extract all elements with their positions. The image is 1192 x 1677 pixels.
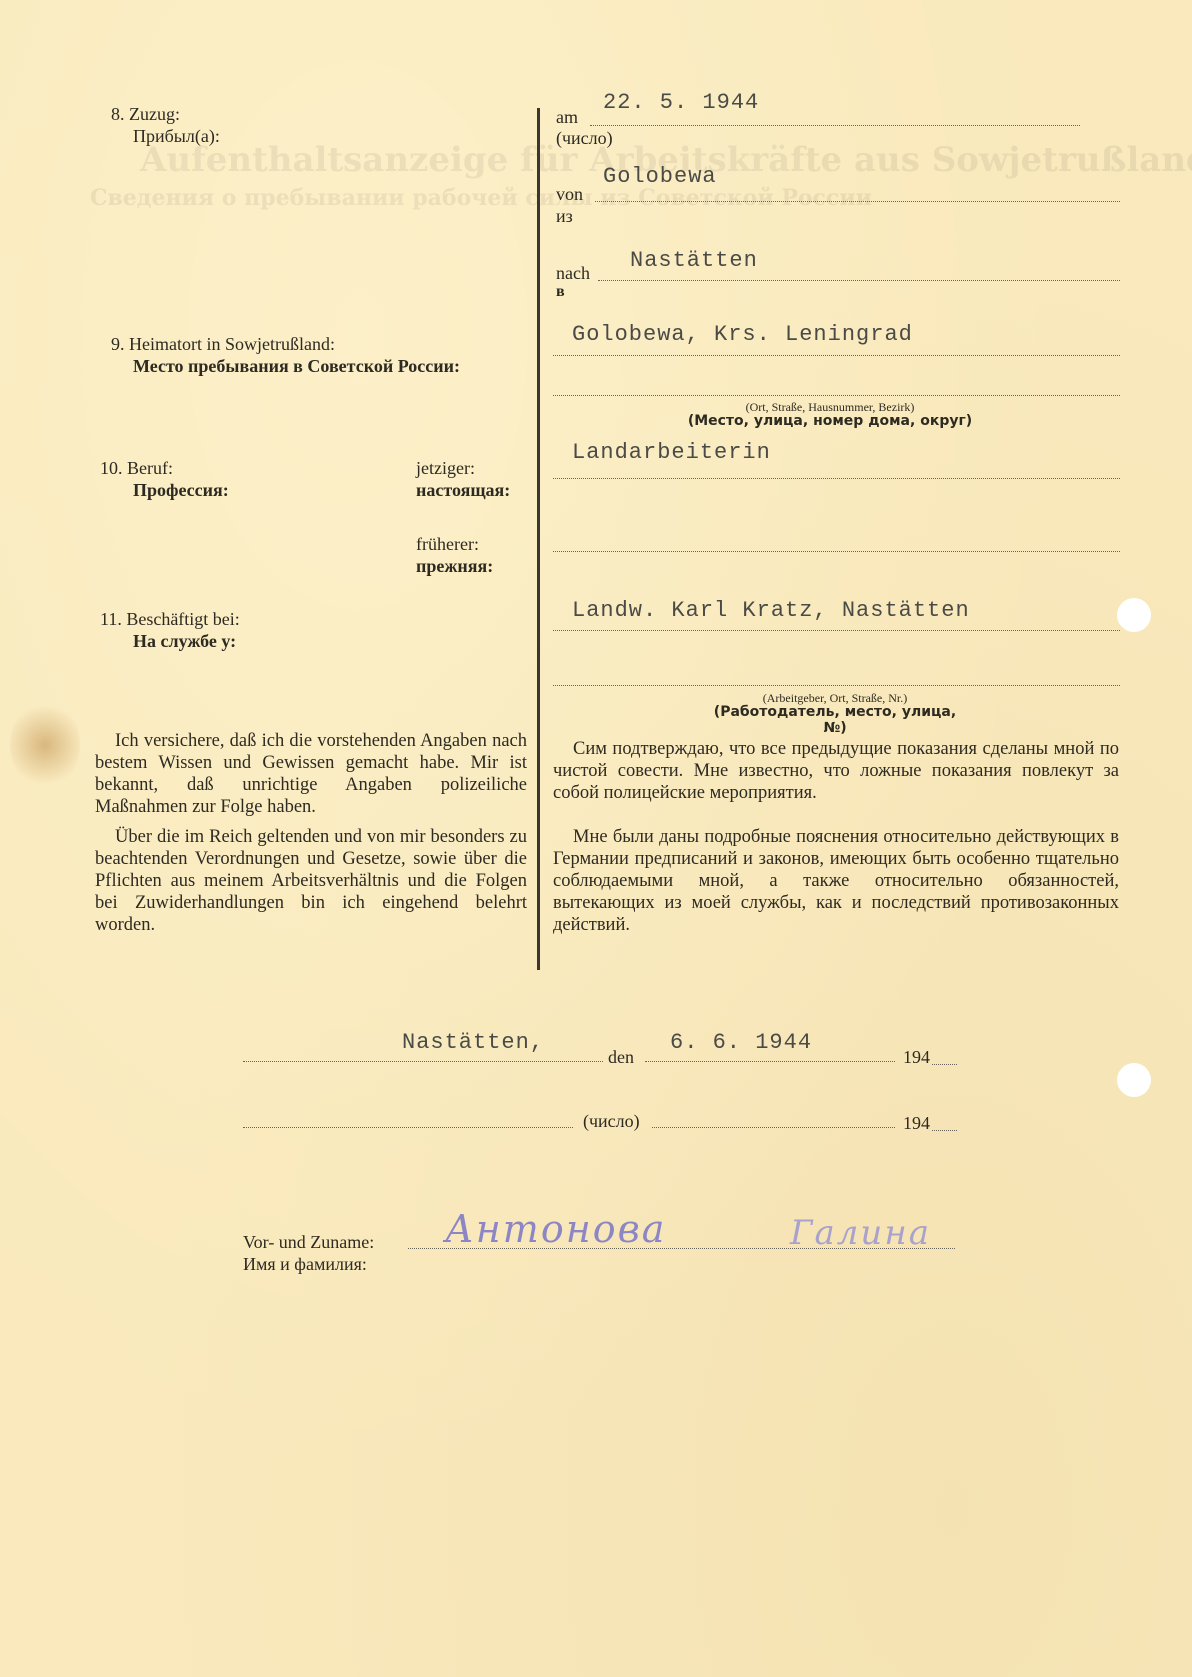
section8-label-de: 8. Zuzug: [111,103,180,125]
employer-hint-ru: (Работодатель, место, улица, №) [700,704,970,736]
declaration-de-para2: Über die im Reich geltenden und von mir … [95,826,527,936]
former-label-de: früherer: [416,533,479,555]
signature-label-ru: Имя и фамилия: [243,1253,367,1275]
handwritten-surname: Антонова [445,1207,666,1251]
punch-hole [1117,1063,1151,1097]
employer-hint-de: (Arbeitgeber, Ort, Straße, Nr.) [700,691,970,705]
show-through-text: Сведения о пребывании рабочей силы из Со… [90,185,872,211]
second-date-line [652,1127,895,1128]
declaration-ru-para1: Сим подтверждаю, что все предыдущие пока… [553,738,1119,804]
v-label: в [556,281,565,303]
employer-value: Landw. Karl Kratz, Nastätten [572,598,970,623]
handwritten-firstname: Галина [790,1213,931,1253]
home-place-hint-de: (Ort, Straße, Hausnummer, Bezirk) [680,400,980,414]
second-chislo-label: (число) [583,1110,640,1132]
year-prefix-2: 194 [903,1112,930,1134]
signature-label-de: Vor- und Zuname: [243,1231,374,1253]
home-place-hint-ru: (Место, улица, номер дома, округ) [680,413,980,429]
former-label-ru: прежняя: [416,555,493,577]
employer-line-2 [553,685,1120,686]
arrival-date-line [590,125,1080,126]
year-line-2 [932,1130,957,1131]
section10-label-ru: Профессия: [133,479,229,501]
home-place-value: Golobewa, Krs. Leningrad [572,322,913,347]
year-prefix: 194 [903,1046,930,1068]
current-profession-line [553,478,1120,479]
section9-label-ru: Место пребывания в Советской России: [133,355,460,377]
arrival-date-value: 22. 5. 1944 [603,90,759,115]
signing-date-value: 6. 6. 1944 [670,1030,812,1055]
paper-stain [10,700,80,790]
am-label: am [556,106,578,128]
column-divider [537,108,540,970]
employer-line [553,630,1120,631]
den-label: den [608,1046,634,1068]
declaration-ru-para2: Мне были даны подробные пояснения относи… [553,826,1119,936]
place-line [243,1061,603,1062]
section11-label-ru: На службе у: [133,630,236,652]
current-label-ru: настоящая: [416,479,510,501]
from-line [595,201,1120,202]
to-value: Nastätten [630,248,758,273]
second-place-line [243,1127,573,1128]
from-value: Golobewa [603,164,717,189]
current-label-de: jetziger: [416,457,475,479]
current-profession-value: Landarbeiterin [572,440,771,465]
section8-label-ru: Прибыл(а): [133,125,220,147]
section11-label-de: 11. Beschäftigt bei: [100,608,240,630]
iz-label: из [556,205,573,227]
section10-label-de: 10. Beruf: [100,457,173,479]
home-place-line [553,355,1120,356]
punch-hole [1117,598,1151,632]
section9-label-de: 9. Heimatort in Sowjetrußland: [111,333,335,355]
year-line [932,1064,957,1065]
place-value: Nastätten, [402,1030,544,1055]
von-label: von [556,183,583,205]
former-profession-line [553,551,1120,552]
declaration-de-para1: Ich versichere, daß ich die vorstehenden… [95,730,527,818]
to-line [598,280,1120,281]
home-place-line-2 [553,395,1120,396]
chislo-label: (число) [556,127,613,149]
signing-date-line [645,1061,895,1062]
